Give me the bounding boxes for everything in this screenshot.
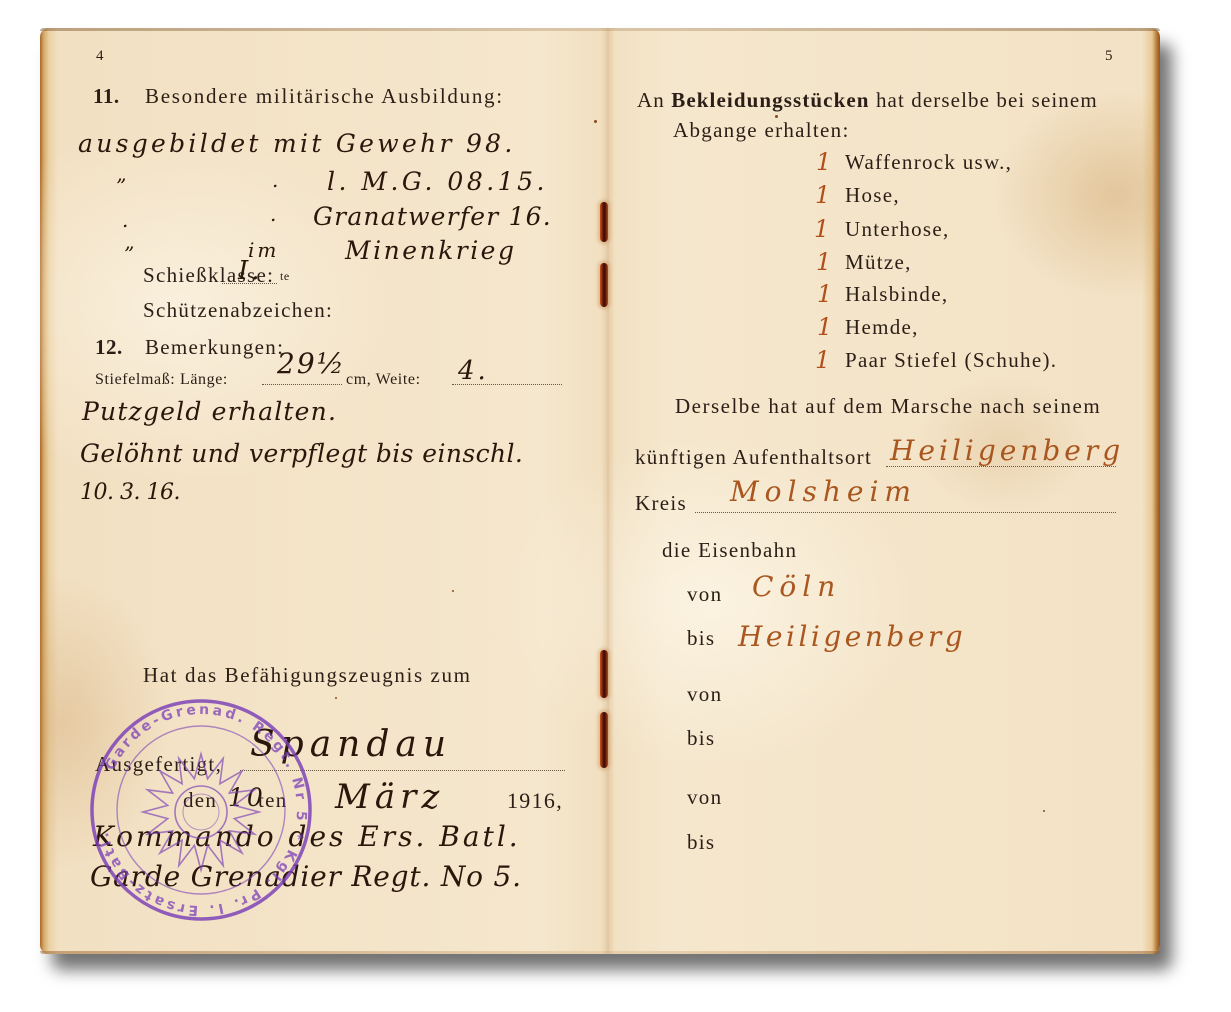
section-11-label: Besondere militärische Ausbildung: xyxy=(145,86,504,107)
issued-place-dotted-line xyxy=(240,770,565,771)
route-1-from: Cöln xyxy=(752,573,841,601)
ditto-mark: . xyxy=(270,204,279,224)
item-name: Paar Stiefel (Schuhe). xyxy=(845,350,1057,371)
route-1-to: Heiligenberg xyxy=(738,623,966,651)
page-number-left: 4 xyxy=(96,49,104,64)
district-label: Kreis xyxy=(635,493,687,514)
issued-year: 1916, xyxy=(507,790,563,812)
boot-length-value: 29½ xyxy=(277,350,346,378)
route-2-from-label: von xyxy=(687,684,722,705)
residence-value: Heiligenberg xyxy=(890,437,1124,465)
district-dotted-line xyxy=(695,512,1116,513)
binding-stitch xyxy=(600,202,608,242)
remark-line-3: 10. 3. 16. xyxy=(80,482,180,504)
section-12-label: Bemerkungen: xyxy=(145,337,284,358)
issued-place: Spandau xyxy=(250,727,452,763)
route-3-from-label: von xyxy=(687,787,722,808)
item-name: Mütze, xyxy=(845,252,912,273)
shooting-class-suffix: te xyxy=(280,270,290,282)
item-qty: 1 xyxy=(817,282,832,306)
item-name: Halsbinde, xyxy=(845,284,948,305)
book-spine xyxy=(601,28,615,954)
training-entry-1: ausgebildet mit Gewehr 98. xyxy=(78,131,516,156)
issued-den-label: den xyxy=(183,790,217,811)
item-name: Unterhose, xyxy=(845,219,950,240)
issued-day-suffix: ten xyxy=(258,790,288,811)
remark-line-1: Putzgeld erhalten. xyxy=(82,399,337,424)
issued-month: März xyxy=(335,780,444,814)
boot-size-label: Stiefelmaß: Länge: xyxy=(95,372,228,388)
march-text: Derselbe hat auf dem Marsche nach seinem xyxy=(675,396,1101,417)
route-1-to-label: bis xyxy=(687,628,715,649)
clothing-heading-suffix: hat derselbe bei seinem xyxy=(876,88,1098,112)
signature-line-2: Garde Grenadier Regt. No 5. xyxy=(90,863,522,891)
item-name: Hose, xyxy=(845,185,900,206)
route-2-to-label: bis xyxy=(687,728,715,749)
item-qty: 1 xyxy=(816,250,831,274)
ditto-mark: . xyxy=(122,210,131,230)
item-qty: 1 xyxy=(815,183,830,207)
paper-speck xyxy=(452,590,454,592)
training-entry-4: Minenkrieg xyxy=(345,238,516,263)
item-qty: 1 xyxy=(814,217,829,241)
item-qty: 1 xyxy=(816,150,831,174)
ditto-mark: ” xyxy=(116,176,129,196)
issued-label: Ausgefertigt, xyxy=(95,754,222,775)
certificate-line: Hat das Befähigungszeugnis zum xyxy=(143,665,472,686)
item-name: Waffenrock usw., xyxy=(845,152,1012,173)
ditto-mark: . xyxy=(272,170,281,190)
clothing-heading-prefix: An xyxy=(637,88,665,112)
railway-label: die Eisenbahn xyxy=(662,540,797,561)
boot-width-value: 4. xyxy=(458,358,489,384)
binding-stitch xyxy=(600,712,608,768)
boot-width-label: cm, Weite: xyxy=(346,372,421,388)
training-entry-3: Granatwerfer 16. xyxy=(313,204,552,229)
marksman-badge-label: Schützenabzeichen: xyxy=(143,300,333,321)
section-12-number: 12. xyxy=(95,337,123,358)
paper-speck xyxy=(1043,810,1045,812)
binding-stitch xyxy=(600,650,608,698)
shooting-class-value: I. xyxy=(238,258,263,284)
clothing-heading: An Bekleidungsstücken hat derselbe bei s… xyxy=(637,90,1098,111)
district-value: Molsheim xyxy=(730,478,917,506)
boot-length-dotted-line xyxy=(262,384,342,385)
section-11-number: 11. xyxy=(93,86,120,107)
residence-label: künftigen Aufenthaltsort xyxy=(635,447,872,468)
paper-speck xyxy=(594,120,597,123)
clothing-heading-bold: Bekleidungsstücken xyxy=(671,88,869,112)
ditto-mark: ” xyxy=(124,244,137,264)
item-qty: 1 xyxy=(815,348,830,372)
route-1-from-label: von xyxy=(687,584,722,605)
signature-line-1: Kommando des Ers. Batl. xyxy=(93,823,521,851)
training-entry-2: l. M.G. 08.15. xyxy=(327,169,548,194)
page-number-right: 5 xyxy=(1105,49,1113,64)
item-name: Hemde, xyxy=(845,317,919,338)
paper-speck xyxy=(335,697,337,699)
route-3-to-label: bis xyxy=(687,832,715,853)
remark-line-2: Gelöhnt und verpflegt bis einschl. xyxy=(80,441,523,466)
binding-stitch xyxy=(600,263,608,307)
clothing-heading-line2: Abgange erhalten: xyxy=(673,120,850,141)
item-qty: 1 xyxy=(817,315,832,339)
